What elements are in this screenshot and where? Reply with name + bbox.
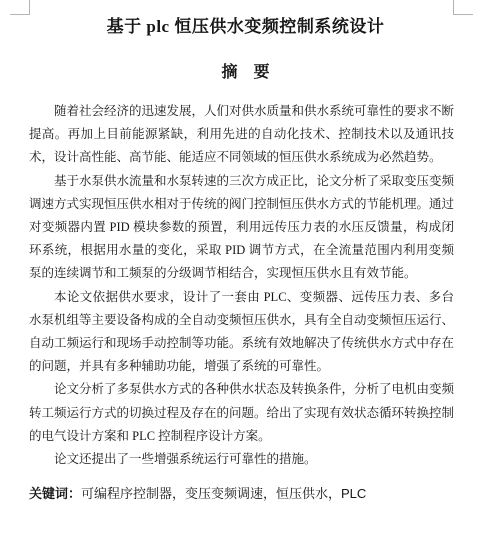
abstract-paragraph-2: 基于水泵供水流量和水泵转速的三次方成正比，论文分析了采取变压变频调速方式实现恒压…	[29, 170, 454, 286]
document-title: 基于 plc 恒压供水变频控制系统设计	[0, 0, 491, 39]
abstract-body: 随着社会经济的迅速发展，人们对供水质量和供水系统可靠性的要求不断提高。再加上目前…	[0, 100, 491, 471]
abstract-paragraph-1: 随着社会经济的迅速发展，人们对供水质量和供水系统可靠性的要求不断提高。再加上目前…	[29, 100, 454, 170]
abstract-paragraph-3: 本论文依据供水要求，设计了一套由 PLC、变频器、远传压力表、多台水泵机组等主要…	[29, 286, 454, 379]
abstract-page: 基于 plc 恒压供水变频控制系统设计 摘 要 随着社会经济的迅速发展，人们对供…	[0, 0, 491, 544]
keywords-value: 可编程序控制器，变压变频调速，恒压供水，PLC	[81, 486, 366, 501]
abstract-heading: 摘 要	[0, 63, 491, 83]
abstract-paragraph-4: 论文分析了多泵供水方式的各种供水状态及转换条件，分析了电机由变频转工频运行方式的…	[29, 378, 454, 448]
keywords-line: 关键词：可编程序控制器，变压变频调速，恒压供水，PLC	[0, 484, 491, 504]
keywords-label: 关键词：	[29, 486, 81, 501]
abstract-paragraph-5: 论文还提出了一些增强系统运行可靠性的措施。	[29, 448, 454, 471]
